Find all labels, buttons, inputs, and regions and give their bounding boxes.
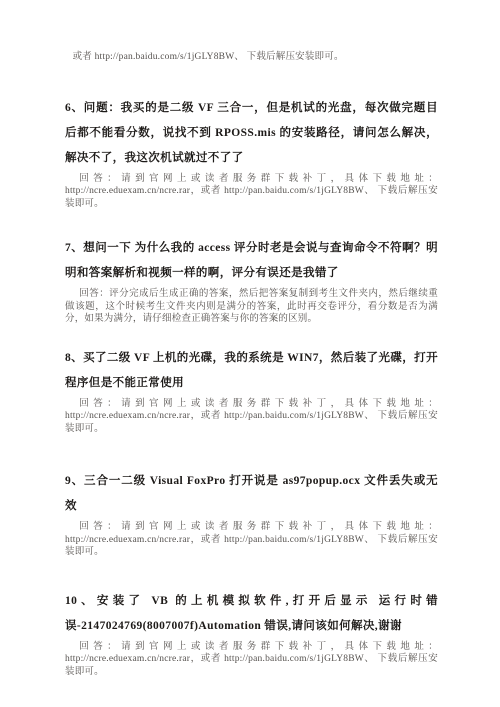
answer-continuation-text: 或者 http://pan.baidu.com/s/1jGLY8BW、 下载后解… <box>65 51 438 64</box>
question-7-text: 7、想问一下 为什么我的 access 评分时老是会说与查询命令不符啊？明明和答… <box>65 236 438 286</box>
question-8-text: 8、买了二级 VF 上机的光碟，我的系统是 WIN7，然后装了光碟，打开程序但是… <box>65 346 438 396</box>
qa-item-9: 9、三合一二级 Visual FoxPro 打开说是 as97popup.ocx… <box>65 469 438 559</box>
qa-item-8: 8、买了二级 VF 上机的光碟，我的系统是 WIN7，然后装了光碟，打开程序但是… <box>65 346 438 436</box>
answer-9-text: 回答：请到官网上或读者服务群下载补丁，具体下载地址：http://ncre.ed… <box>65 521 438 559</box>
answer-6-text: 回答：请到官网上或读者服务群下载补丁，具体下载地址：http://ncre.ed… <box>65 173 438 211</box>
question-6-text: 6、问题：我买的是二级 VF 三合一，但是机试的光盘，每次做完题目后都不能看分数… <box>65 96 438 171</box>
answer-7-text: 回答：评分完成后生成正确的答案，然后把答案复制到考生文件夹内，然后继续重做该题，… <box>65 288 438 326</box>
question-9-text: 9、三合一二级 Visual FoxPro 打开说是 as97popup.ocx… <box>65 469 438 519</box>
question-10-text: 10、安装了 VB 的上机模拟软件,打开后显示 运行时错误-2147024769… <box>65 589 438 639</box>
answer-8-text: 回答：请到官网上或读者服务群下载补丁，具体下载地址：http://ncre.ed… <box>65 398 438 436</box>
qa-item-7: 7、想问一下 为什么我的 access 评分时老是会说与查询命令不符啊？明明和答… <box>65 236 438 326</box>
qa-item-6: 6、问题：我买的是二级 VF 三合一，但是机试的光盘，每次做完题目后都不能看分数… <box>65 96 438 211</box>
qa-item-10: 10、安装了 VB 的上机模拟软件,打开后显示 运行时错误-2147024769… <box>65 589 438 679</box>
document-page: 或者 http://pan.baidu.com/s/1jGLY8BW、 下载后解… <box>0 0 500 707</box>
answer-10-text: 回答：请到官网上或读者服务群下载补丁，具体下载地址：http://ncre.ed… <box>65 641 438 679</box>
